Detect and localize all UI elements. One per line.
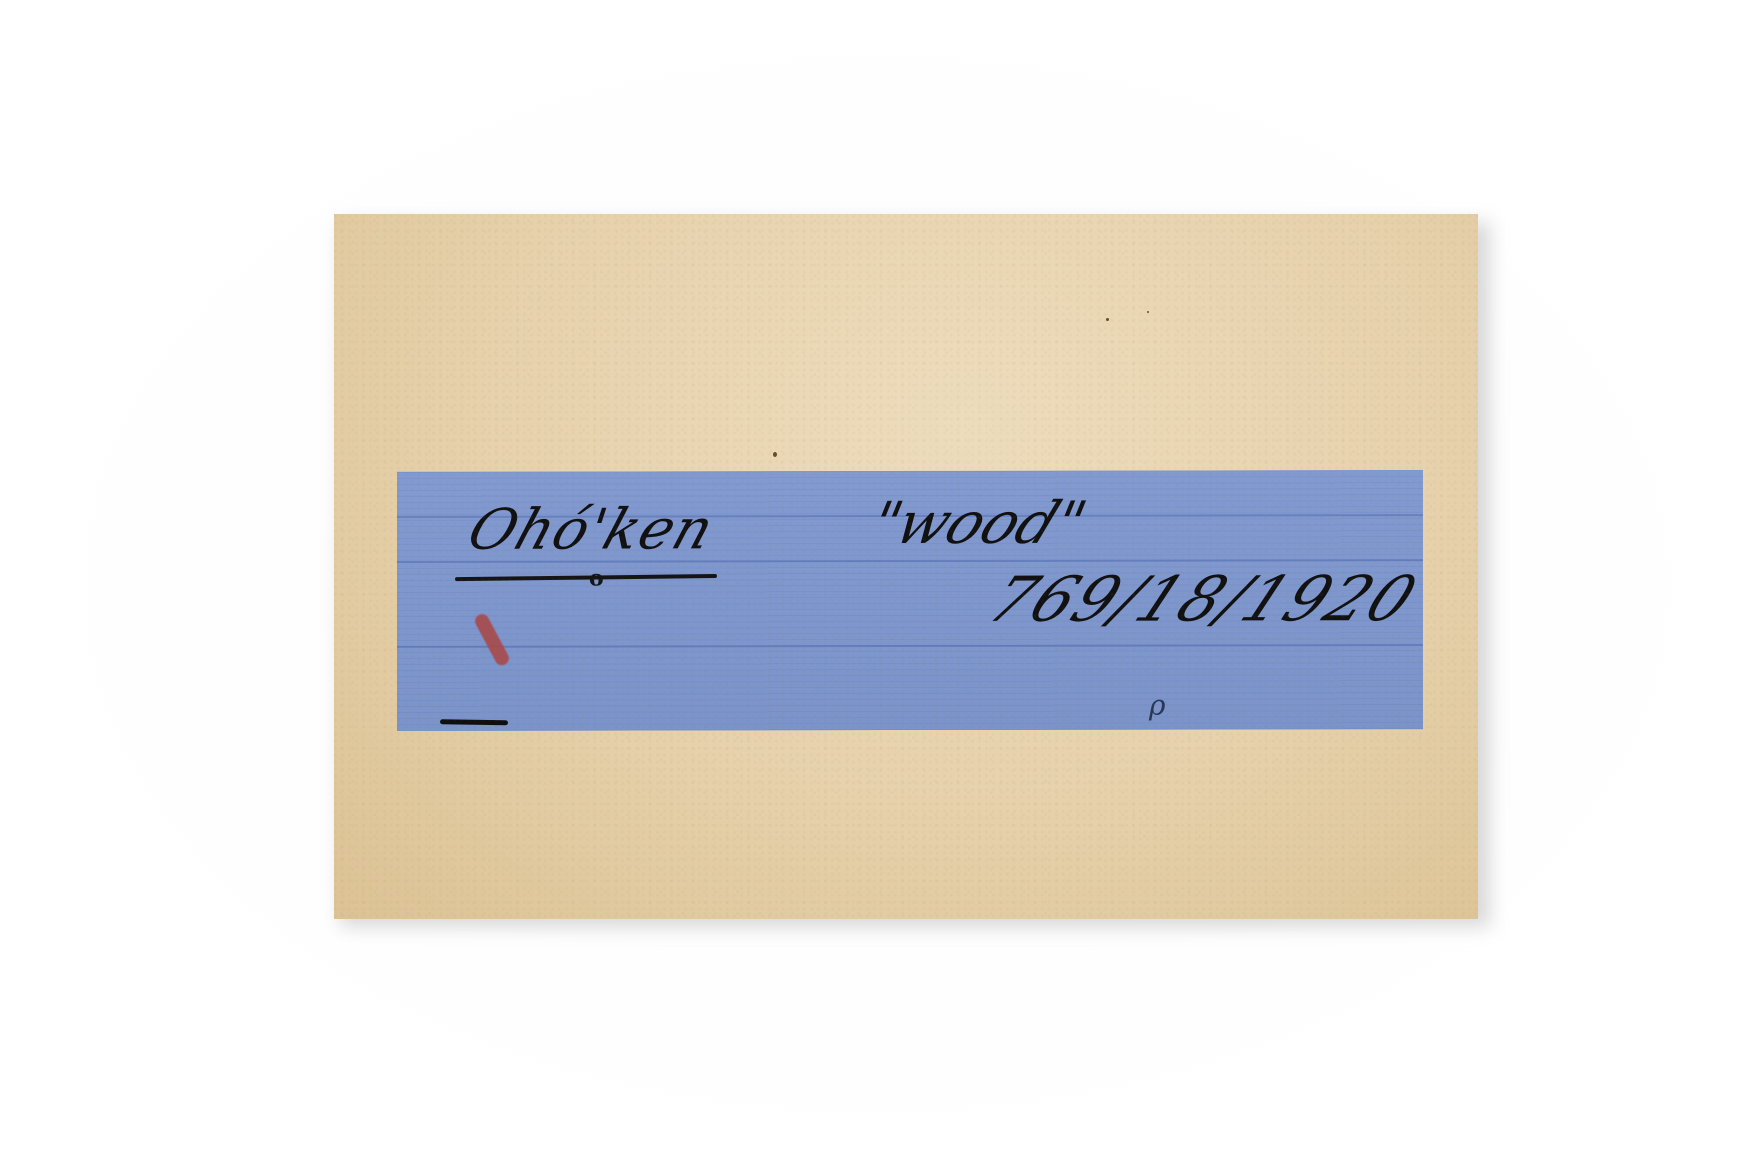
speck	[1147, 311, 1149, 313]
speck	[1106, 318, 1109, 321]
name-sub-mark: o	[589, 566, 604, 592]
mount-card: Ohó'ken o "wood" 769/18/1920 ρ	[334, 214, 1478, 919]
label-strip: Ohó'ken o "wood" 769/18/1920 ρ	[397, 470, 1423, 731]
speck	[773, 452, 777, 457]
ruled-line	[397, 644, 1423, 648]
pencil-mark: ρ	[1149, 689, 1165, 722]
ink-dash	[440, 719, 508, 725]
red-crayon-mark	[473, 612, 512, 668]
catalog-number: 769/18/1920	[977, 562, 1423, 636]
name-underline	[455, 574, 717, 581]
specimen-name: Ohó'ken	[460, 497, 722, 562]
translation: "wood"	[859, 489, 1096, 557]
ruled-line	[397, 559, 1423, 563]
ruled-line	[397, 514, 1423, 518]
